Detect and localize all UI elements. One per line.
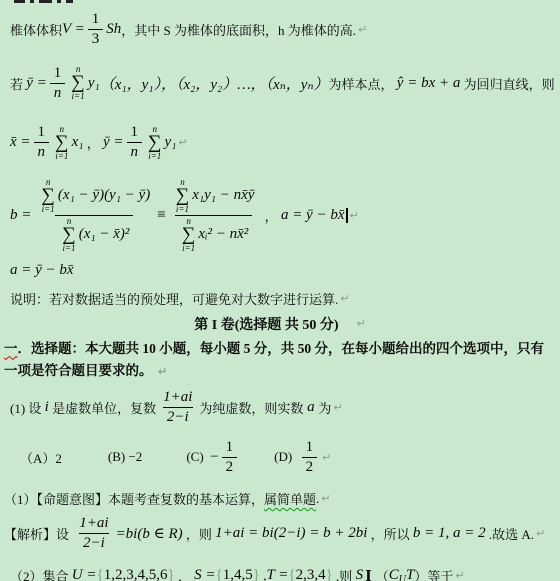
paragraph-return-icon: ↵ [340, 292, 349, 305]
text-run: 若 [10, 74, 26, 93]
fraction: 1 2 [302, 438, 318, 478]
paragraph-return-icon: ↵ [178, 136, 187, 149]
math-run: ȳ = [103, 134, 124, 151]
question-2: （2）集合 U = { 1,2,3,4,5,6 } ， S = { 1,4,5 … [0, 566, 560, 581]
text-run: ，则 [183, 524, 216, 543]
formula-intercept-a: a = ȳ − bx̄ [0, 262, 560, 279]
text-run: 为样本点， [329, 74, 397, 93]
text-run: (1) 设 [10, 398, 45, 417]
text-run: ，所以 [367, 524, 413, 543]
section-instructions: 一．选择题：本大题共 10 小题，每小题 5 分，共 50 分，在每小题给出的四… [2, 338, 558, 383]
identical-symbol: ≡ [157, 207, 165, 224]
brace: } [253, 567, 260, 581]
section-title: 第 I 卷(选择题 共 50 分) ↵ [0, 314, 560, 334]
summation-symbol: n ∑ i=1 [41, 178, 55, 214]
text-run: ． [18, 341, 32, 356]
text-run: 椎体体积 [10, 20, 62, 39]
clipped-text-fragment [14, 0, 78, 4]
fraction: 1 n [50, 64, 66, 104]
paragraph-return-icon: ↵ [321, 492, 330, 505]
formula-means: x̄ = 1 n n ∑ i=1 x₁ ， ȳ = 1 n n ∑ i=1 y₁… [0, 123, 560, 163]
text-run: . [316, 491, 319, 507]
math-run: 2,3,4 [296, 567, 326, 581]
math-run: V = [62, 21, 85, 38]
text-run: 为 [318, 398, 331, 417]
paragraph-return-icon: ↵ [158, 365, 167, 378]
math-run: ŷ = bx + a [397, 75, 461, 92]
math-run: S [356, 567, 364, 581]
paragraph-return-icon: ↵ [350, 209, 359, 222]
math-run: (x₁ − ȳ)(y₁ − ȳ) [58, 187, 150, 204]
question-1: (1) 设 i 是虚数单位，复数 1+ai 2−i 为纯虚数，则实数 a 为 ↵ [0, 388, 560, 428]
math-run: （x₁，y₁），（x₂，y₂）…，（xₙ，yₙ） [100, 73, 329, 94]
brace: } [167, 567, 174, 581]
options-row: （A）2 (B) −2 (C) − 1 2 (D) 1 2 ↵ [0, 438, 560, 478]
text-run: 【解析】设 [4, 524, 72, 543]
brace: { [96, 567, 103, 581]
document-page[interactable]: 椎体体积 V = 1 3 Sh ，其中 S 为椎体的底面积，h 为椎体的高. ↵… [0, 0, 560, 581]
math-run: U = [72, 567, 97, 581]
fraction: 1 3 [88, 10, 104, 50]
fraction: 1 n [127, 123, 143, 163]
summation-symbol: n ∑ i=1 [55, 125, 69, 161]
formula-regression-line: 若 ȳ = 1 n n ∑ i=1 y₁ （x₁，y₁），（x₂，y₂）…，（x… [0, 64, 560, 104]
text-run: 是虚数单位，复数 [49, 398, 156, 417]
math-run: a [303, 399, 318, 416]
spellcheck-green-underline: 属简单题 [264, 489, 316, 508]
option-c: (C) [186, 449, 210, 465]
text-run: ，其中 S 为椎体的底面积，h 为椎体的高. [121, 20, 356, 39]
math-run: C [389, 567, 399, 581]
text-run: 等于 [427, 566, 453, 581]
paragraph-return-icon: ↵ [357, 317, 366, 330]
option-b: (B) −2 [108, 449, 142, 465]
text-run: 选择题：本大题共 10 小题，每小题 5 分，共 50 分，在每小题给出的四个选… [4, 341, 544, 378]
math-run: 1,2,3,4,5,6 [104, 567, 168, 581]
math-run: T [406, 567, 414, 581]
summation-symbol: n ∑ i=1 [71, 65, 85, 101]
text-run: ， [175, 566, 195, 581]
big-fraction: n ∑ i=1 x₁y₁ − nx̄ȳ n ∑ i=1 xᵢ² − nx̄² [169, 177, 259, 254]
paragraph-return-icon: ↵ [358, 23, 367, 36]
intent-line: （1）【命题意图】本题考查复数的基本运算， 属简单题 . ↵ [0, 489, 560, 508]
math-run: =bi(b ∈ R) [116, 524, 183, 543]
big-fraction: n ∑ i=1 (x₁ − ȳ)(y₁ − ȳ) n ∑ i=1 (x₁ − x… [34, 177, 154, 254]
paragraph-return-icon: ↵ [333, 401, 342, 414]
fraction: 1+ai 2−i [75, 514, 112, 554]
summation-symbol: n ∑ i=1 [62, 217, 76, 253]
math-run: b = 1, a = 2 [413, 525, 486, 542]
option-a: （A）2 [20, 448, 62, 467]
text-run: 说明：若对数据适当的预处理，可避免对大数字进行运算. [10, 289, 338, 308]
paragraph-return-icon: ↵ [536, 527, 545, 540]
math-run: x₁ [72, 134, 84, 151]
summation-symbol: n ∑ i=1 [148, 125, 162, 161]
paren: （ [376, 566, 389, 581]
minus-sign: − [210, 449, 218, 466]
text-run: .故选 A. [486, 524, 534, 543]
fraction: 1 n [34, 123, 50, 163]
text-cursor [346, 208, 348, 223]
text-run: 为回归直线，则 [460, 74, 554, 93]
text-run: 为纯虚数，则实数 [199, 398, 303, 417]
brace: } [326, 567, 333, 581]
option-d: (D) [274, 449, 299, 465]
fraction: 1+ai 2−i [159, 388, 196, 428]
math-run: Sh [106, 21, 121, 38]
formula-slope-b: b = n ∑ i=1 (x₁ − ȳ)(y₁ − ȳ) n ∑ i=1 (x₁… [0, 177, 560, 254]
text-run: ,则 [333, 566, 356, 581]
math-run: a = ȳ − bx̄ [10, 262, 74, 279]
math-run: a = ȳ − bx̄ [281, 207, 345, 224]
math-run: (x₁ − x̄)² [79, 226, 130, 243]
math-run: x̄ = [10, 134, 31, 151]
summation-symbol: n ∑ i=1 [176, 178, 190, 214]
text-run: （1）【命题意图】本题考查复数的基本运算， [4, 489, 264, 508]
text-run: ， [83, 133, 103, 152]
text-run: （2）集合 [10, 566, 72, 581]
paragraph-return-icon: ↵ [322, 451, 331, 464]
math-run: 1+ai = bi(2−i) = b + 2bi [215, 525, 367, 542]
math-run: S = [194, 567, 215, 581]
math-run: y₁ [88, 75, 100, 92]
math-run: T = [266, 567, 288, 581]
math-run: b = [10, 207, 31, 224]
brace: { [216, 567, 223, 581]
formula-cone-volume: 椎体体积 V = 1 3 Sh ，其中 S 为椎体的底面积，h 为椎体的高. ↵ [0, 10, 560, 50]
note-line: 说明：若对数据适当的预处理，可避免对大数字进行运算. ↵ [0, 289, 560, 308]
fraction: 1 2 [222, 438, 238, 478]
paragraph-return-icon: ↵ [455, 569, 464, 581]
math-run: xᵢ² − nx̄² [198, 226, 248, 243]
intersection-placeholder-glyph: I [365, 566, 372, 581]
summation-symbol: n ∑ i=1 [182, 217, 196, 253]
brace: { [288, 567, 295, 581]
math-run: x₁y₁ − nx̄ȳ [192, 187, 254, 204]
subscript-run: U [399, 574, 406, 581]
text-run: ， [261, 206, 281, 225]
title-text: 第 I 卷(选择题 共 50 分) [194, 314, 338, 334]
math-run: 1,4,5 [223, 567, 253, 581]
paren: ） [414, 566, 427, 581]
math-run: y₁ [165, 134, 177, 151]
spellcheck-red-underline: 一 [4, 341, 18, 356]
math-run: ȳ = [26, 75, 47, 92]
solution-line: 【解析】设 1+ai 2−i =bi(b ∈ R) ，则 1+ai = bi(2… [0, 514, 560, 554]
